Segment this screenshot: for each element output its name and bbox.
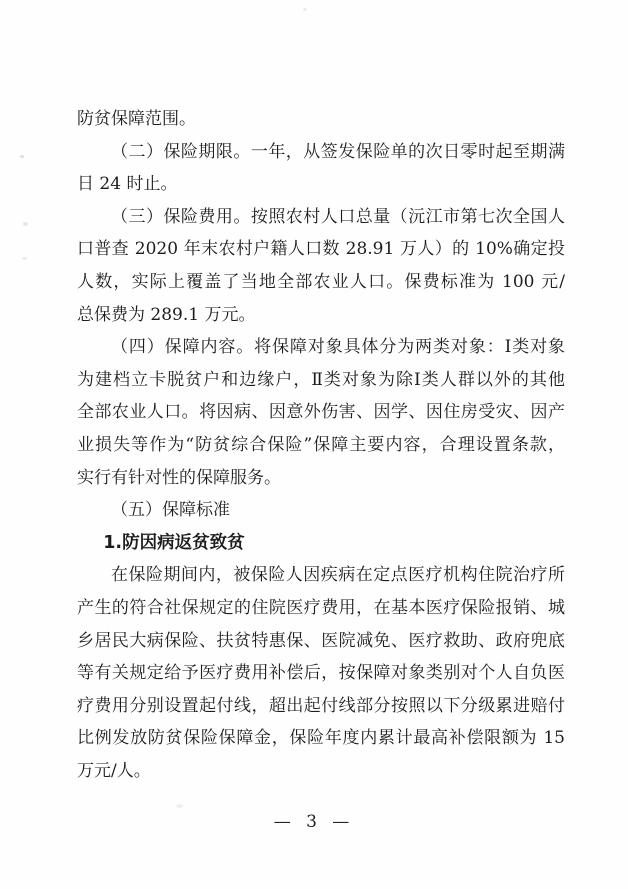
text-line: 防贫保障范围。	[77, 103, 565, 136]
text-line: 在保险期间内，被保险人因疾病在定点医疗机构住院治疗所	[77, 559, 565, 592]
text-line: 业损失等作为“防贫综合保险”保障主要内容，合理设置条款，	[77, 429, 565, 462]
scan-speck	[20, 155, 24, 158]
text-line: 总保费为 289.1 万元。	[77, 299, 565, 332]
scan-speck	[303, 8, 307, 11]
text-line: 产生的符合社保规定的住院医疗费用，在基本医疗保险报销、城	[77, 592, 565, 625]
text-line: 疗费用分别设置起付线，超出起付线部分按照以下分级累进赔付	[77, 690, 565, 723]
text-line: 口普查 2020 年末农村户籍人口数 28.91 万人）的 10%确定投保	[77, 233, 565, 266]
text-line: 人数，实际上覆盖了当地全部农业人口。保费标准为 100 元/人，	[77, 266, 565, 299]
footer-page-number: — 3 —	[0, 812, 628, 832]
text-line: （二）保险期限。一年，从签发保险单的次日零时起至期满	[77, 136, 565, 169]
text-line: 全部农业人口。将因病、因意外伤害、因学、因住房受灾、因产	[77, 396, 565, 429]
text-line: （三）保险费用。按照农村人口总量（沅江市第七次全国人	[77, 201, 565, 234]
text-line: （四）保障内容。将保障对象具体分为两类对象：Ⅰ类对象	[77, 331, 565, 364]
text-line: 比例发放防贫保险保障金，保险年度内累计最高补偿限额为 15	[77, 722, 565, 755]
text-line: 实行有针对性的保障服务。	[77, 462, 565, 495]
scan-speck	[23, 222, 28, 226]
scan-speck	[22, 257, 27, 260]
text-line: （五）保障标准	[77, 494, 565, 527]
text-line: 万元/人。	[77, 755, 565, 788]
section-heading-line: 1.防因病返贫致贫	[77, 527, 565, 560]
text-line: 为建档立卡脱贫户和边缘户，Ⅱ类对象为除Ⅰ类人群以外的其他	[77, 364, 565, 397]
scanned-document-page: 防贫保障范围。（二）保险期限。一年，从签发保险单的次日零时起至期满日 24 时止…	[0, 0, 628, 889]
text-line: 日 24 时止。	[77, 168, 565, 201]
document-lines: 防贫保障范围。（二）保险期限。一年，从签发保险单的次日零时起至期满日 24 时止…	[77, 103, 565, 787]
text-line: 等有关规定给予医疗费用补偿后，按保障对象类别对个人自负医	[77, 657, 565, 690]
scan-speck	[176, 804, 183, 808]
text-line: 乡居民大病保险、扶贫特惠保、医院减免、医疗救助、政府兜底	[77, 625, 565, 658]
